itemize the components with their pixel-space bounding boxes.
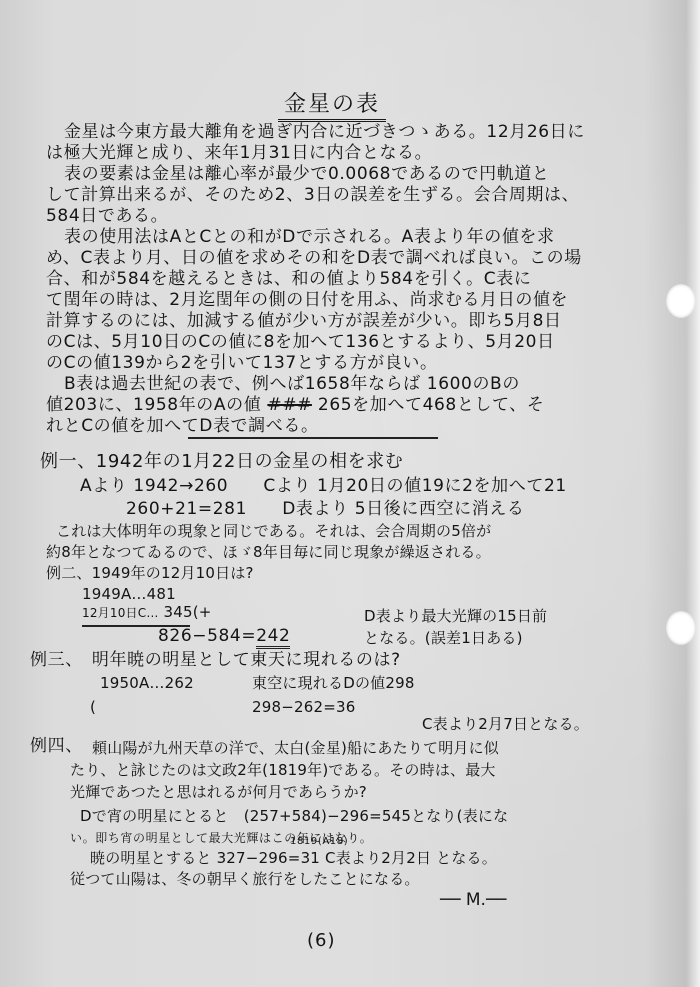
example-4-line: 光輝であつたと思はれるが何月であらうか? <box>70 782 367 802</box>
paragraph-line: め、C表より月、日の値を求めその和をD表で調べれば良い。この場 <box>46 248 582 268</box>
paragraph-text: 値203に、1958年のAの値 <box>46 395 261 415</box>
punch-hole <box>666 611 696 645</box>
page-number: (6) <box>307 930 336 951</box>
example-4-line: Dで宵の明星にとると (257+584)−296=545となり(表にな <box>80 806 508 826</box>
example-4-line: 従つて山陽は、冬の朝早く旅行をしたことになる。 <box>70 869 420 889</box>
struck-out-text: ### <box>267 395 312 415</box>
example-2-c-value: 12月10日C… 345(+ <box>82 602 190 627</box>
scanned-page: 金星の表 金星は今東方最大離角を過ぎ内合に近づきつゝある。12月26日に は極大… <box>0 0 700 987</box>
example-2-c-label: 12月10日C… <box>82 606 159 620</box>
paragraph-line: のCの値139から2を引いて137とする方が良い。 <box>46 353 438 373</box>
example-4-line: たり、と詠じたのは文政2年(1819年)である。その時は、最大 <box>70 760 496 780</box>
calc-result: 242 <box>256 626 290 649</box>
example-3-line: 1950A…262 <box>100 673 194 693</box>
example-1-line: Aより 1942→260 Cより 1月20日の値19に2を加へて21 <box>80 476 567 496</box>
calc-expression: 826−584= <box>158 626 256 646</box>
example-3-line: 298−262=36 <box>252 697 355 717</box>
paragraph-line: て閏年の時は、2月迄閏年の側の日付を用ふ、尚求むる月日の値を <box>46 290 568 310</box>
paragraph-line: 金星は今東方最大離角を過ぎ内合に近づきつゝある。12月26日に <box>64 122 585 142</box>
example-2-a-value: 1949A…481 <box>82 584 176 604</box>
paragraph-text: 265を加へて468として、そ <box>318 395 545 415</box>
example-4-line: 頼山陽が九州天草の洋で、太白(金星)船にあたりて明月に似 <box>92 738 499 758</box>
paragraph-line: れとCの値を加へてD表で調べる。 <box>46 416 319 436</box>
example-1-heading: 例一、1942年の1月22日の金星の相を求む <box>40 452 403 472</box>
example-2-note: D表より最大光輝の15日前 <box>364 606 547 626</box>
example-2-heading: 例二、1949年の12月10日は? <box>46 563 254 583</box>
example-3-result: C表より2月7日となる。 <box>422 714 589 734</box>
example-3-heading: 例三、 明年暁の明星として東天に現れるのは? <box>30 650 401 670</box>
paragraph-line: 値203に、1958年のAの値 ### 265を加へて468として、そ <box>46 395 544 415</box>
punch-hole <box>666 284 696 318</box>
example-1-line: 260+21=281 D表より 5日後に西空に消える <box>126 499 525 519</box>
paragraph-line: のCは、5月10日のCの値に8を加へて136とするより、5月20日 <box>46 332 555 352</box>
paragraph-line: B表は過去世紀の表で、例へば1658年ならば 1600のBの <box>64 374 520 394</box>
paragraph-line: 計算するのには、加減する値が少い方が誤差が少い。即ち5月8日 <box>46 311 562 331</box>
paragraph-line: して計算出来るが、そのため2、3日の誤差を生ずる。会合周期は、 <box>46 185 579 205</box>
page-title: 金星の表 <box>278 87 386 122</box>
paragraph-line: 表の使用法はAとCとの和がDで示される。A表より年の値を求 <box>64 227 555 247</box>
paragraph-line: 合、和が584を越えるときは、和の値より584を引く。C表に <box>46 269 531 289</box>
example-2-note: となる。(誤差1日ある) <box>364 628 523 648</box>
example-3-line: 東空に現れるDの値298 <box>252 673 415 693</box>
example-2-c-number: 345(+ <box>164 603 212 621</box>
example-1-line: 約8年となつてゐるので、ほゞ8年目毎に同じ現象が繰返される。 <box>46 542 491 562</box>
example-1-line: これは大体明年の現象と同じである。それは、会合周期の5倍が <box>56 521 491 541</box>
example-4-heading: 例四、 <box>30 736 83 756</box>
author-signature: ── M.── <box>440 890 506 910</box>
example-4-line: 暁の明星とすると 327−296=31 C表より2月2日 となる。 <box>90 848 497 868</box>
example-2-calculation: 826−584=242 <box>158 626 290 646</box>
paragraph-line: 表の要素は金星は離心率が最少で0.0068であるので円軌道と <box>64 164 549 184</box>
section-divider <box>188 437 438 439</box>
example-3-line: ( <box>90 697 96 717</box>
paragraph-line: 584日である。 <box>46 206 168 226</box>
paragraph-line: は極大光輝と成り、来年1月31日に内合となる。 <box>46 143 432 163</box>
